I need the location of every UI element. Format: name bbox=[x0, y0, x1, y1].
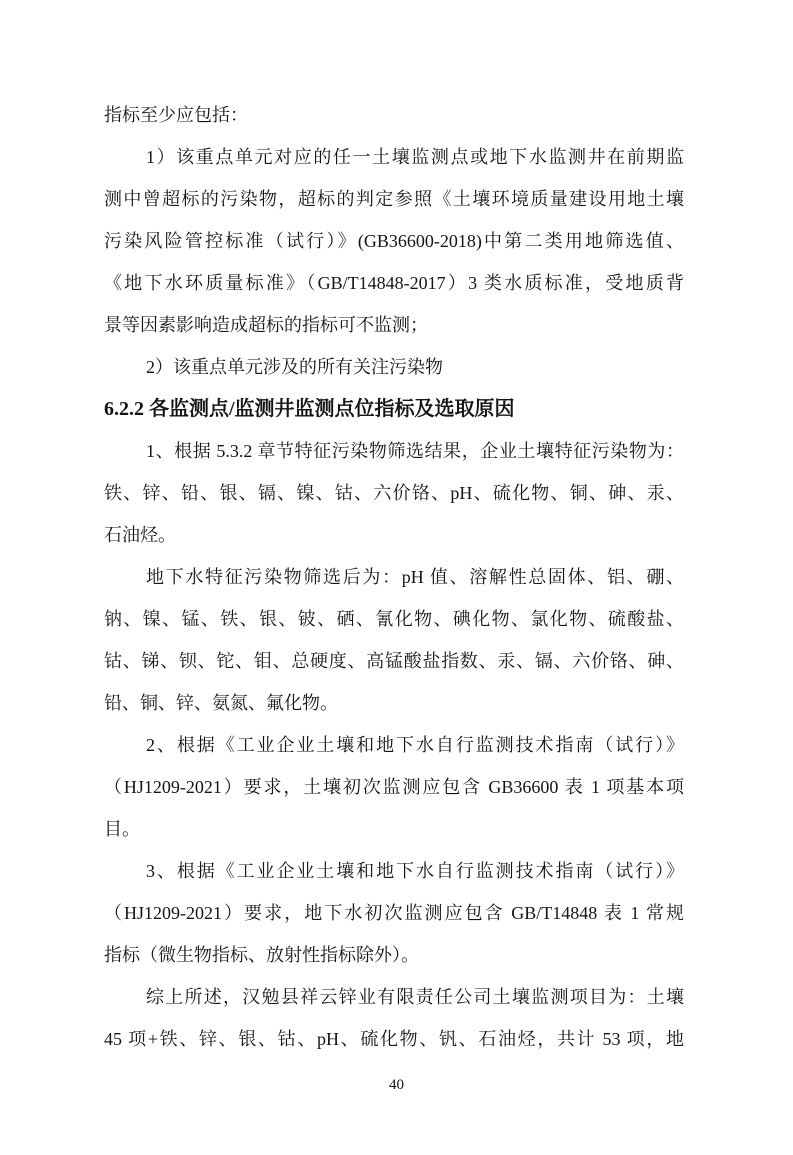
text-line: 综上所述，汉勉县祥云锌业有限责任公司土壤监测项目为：土壤 bbox=[104, 976, 684, 1018]
text-line: （HJ1209-2021）要求，地下水初次监测应包含 GB/T14848 表 1… bbox=[104, 892, 684, 934]
text-line: 45 项+铁、锌、银、钴、pH、硫化物、钒、石油烃，共计 53 项，地 bbox=[104, 1018, 684, 1060]
text-line: 2、根据《工业企业土壤和地下水自行监测技术指南（试行）》 bbox=[104, 724, 684, 766]
text-line: 测中曾超标的污染物，超标的判定参照《土壤环境质量建设用地土壤 bbox=[104, 178, 684, 220]
text-line: 目。 bbox=[104, 808, 684, 850]
text-line: 钠、镍、锰、铁、银、铍、硒、氰化物、碘化物、氯化物、硫酸盐、 bbox=[104, 598, 684, 640]
text-line: 铁、锌、铅、银、镉、镍、钴、六价铬、pH、硫化物、铜、砷、汞、 bbox=[104, 472, 684, 514]
section-heading: 6.2.2 各监测点/监测井监测点位指标及选取原因 bbox=[104, 388, 684, 430]
text-line: 铅、铜、锌、氨氮、氟化物。 bbox=[104, 682, 684, 724]
text-line: 《地下水环质量标准》（GB/T14848-2017）3 类水质标准，受地质背 bbox=[104, 262, 684, 304]
text-line: （HJ1209-2021）要求，土壤初次监测应包含 GB36600 表 1 项基… bbox=[104, 766, 684, 808]
document-page: 指标至少应包括：1）该重点单元对应的任一土壤监测点或地下水监测井在前期监测中曾超… bbox=[0, 0, 793, 1155]
text-line: 1、根据 5.3.2 章节特征污染物筛选结果，企业土壤特征污染物为： bbox=[104, 430, 684, 472]
page-number: 40 bbox=[0, 1077, 793, 1094]
text-line: 钴、锑、钡、铊、钼、总硬度、高锰酸盐指数、汞、镉、六价铬、砷、 bbox=[104, 640, 684, 682]
document-content: 指标至少应包括：1）该重点单元对应的任一土壤监测点或地下水监测井在前期监测中曾超… bbox=[104, 94, 684, 1060]
text-line: 1）该重点单元对应的任一土壤监测点或地下水监测井在前期监 bbox=[104, 136, 684, 178]
text-line: 石油烃。 bbox=[104, 514, 684, 556]
text-line: 景等因素影响造成超标的指标可不监测； bbox=[104, 304, 684, 346]
text-line: 2）该重点单元涉及的所有关注污染物 bbox=[104, 346, 684, 388]
text-line: 指标至少应包括： bbox=[104, 94, 684, 136]
text-line: 3、根据《工业企业土壤和地下水自行监测技术指南（试行）》 bbox=[104, 850, 684, 892]
text-line: 地下水特征污染物筛选后为：pH 值、溶解性总固体、铝、硼、 bbox=[104, 556, 684, 598]
text-line: 污染风险管控标准（试行）》(GB36600-2018)中第二类用地筛选值、 bbox=[104, 220, 684, 262]
text-line: 指标（微生物指标、放射性指标除外）。 bbox=[104, 934, 684, 976]
